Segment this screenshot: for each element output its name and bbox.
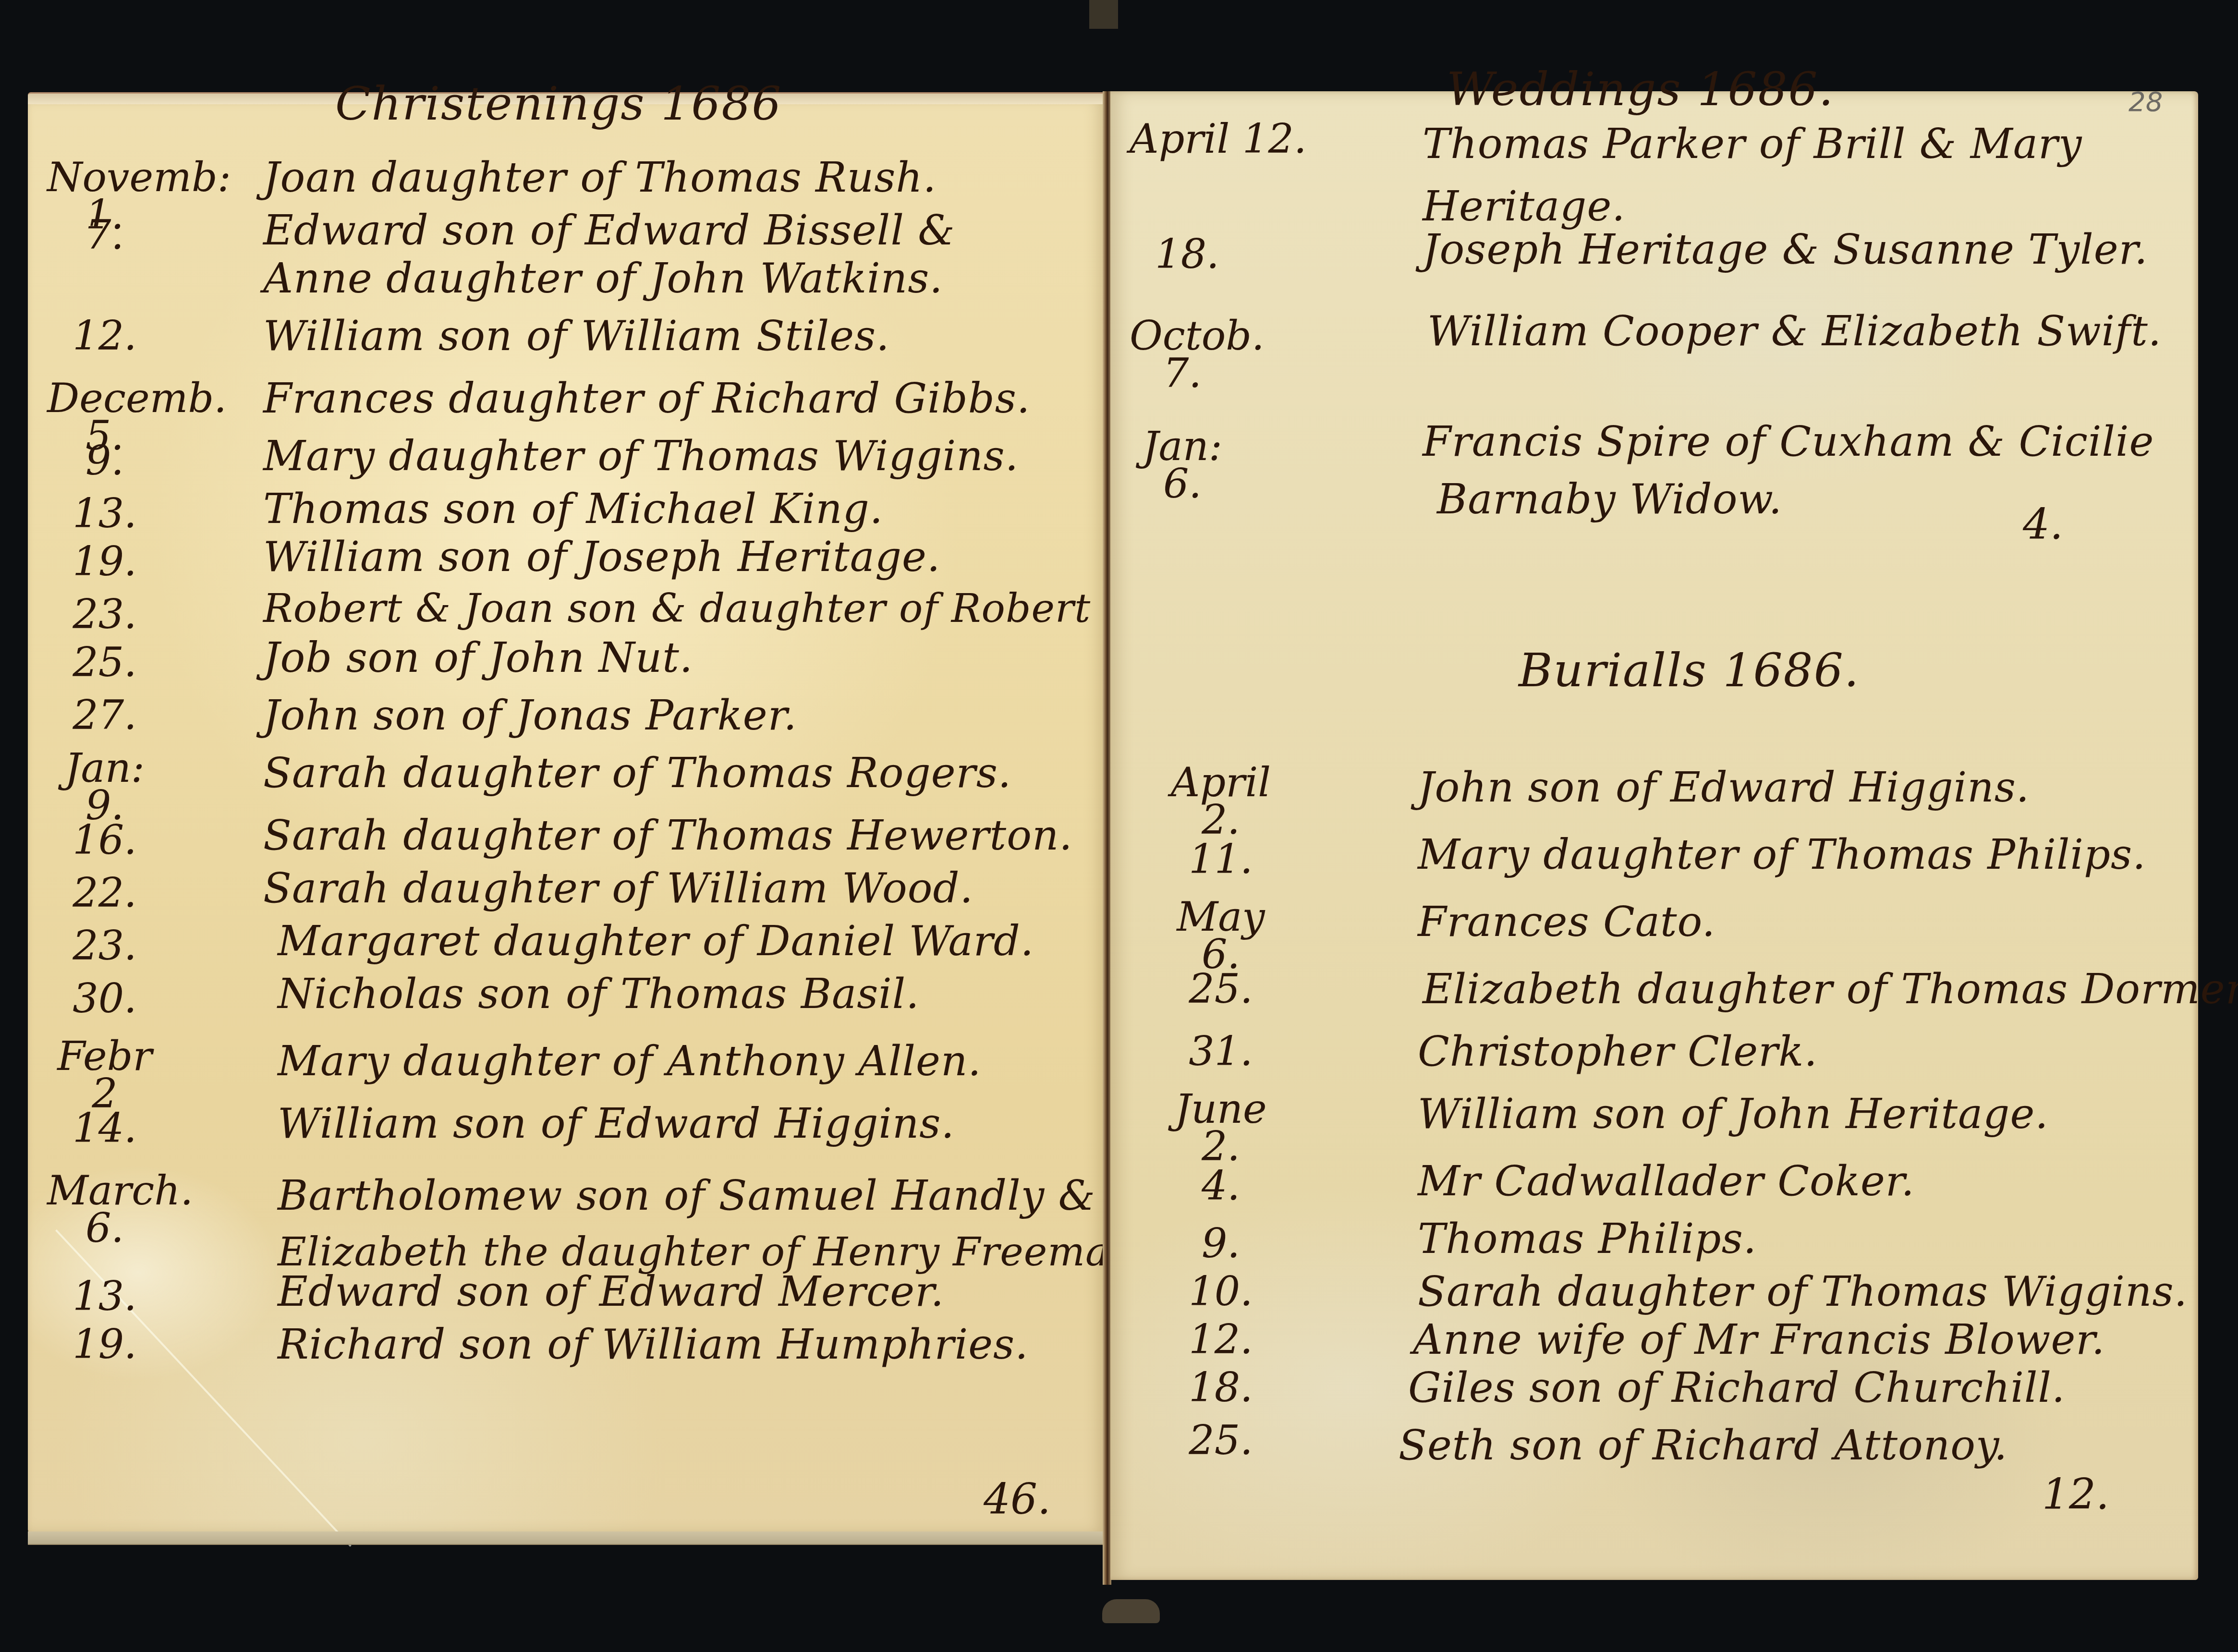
entry-day: 30.	[47, 980, 162, 1017]
entry-month: April 12.	[1130, 120, 1283, 158]
entry-day: 12.	[1168, 1321, 1274, 1358]
entry-text: Seth son of Richard Attonoy.	[1399, 1421, 2007, 1470]
burial-entry: April2. John son of Edward Higgins.	[1110, 764, 2198, 821]
christening-entry: Decemb.5. Frances daughter of Richard Gi…	[28, 379, 1107, 437]
entry-text: Mr Cadwallader Coker.	[1418, 1157, 1915, 1205]
entry-text: Anne daughter of John Watkins.	[263, 255, 943, 303]
entry-text: Bartholomew son of Samuel Handly &	[278, 1172, 1095, 1220]
entry-text: Frances Cato.	[1418, 898, 1715, 946]
entry-day: 9.	[1168, 1225, 1274, 1262]
entry-text: William son of Edward Higgins.	[278, 1100, 955, 1148]
entry-day: 4.	[1168, 1167, 1274, 1204]
entry-text: William son of William Stiles.	[263, 312, 890, 360]
entry-day: 2.	[1168, 801, 1274, 838]
left-page-christenings: Christenings 1686 Novemb:1. Joan daughte…	[28, 96, 1107, 1534]
entry-day: 25.	[1168, 1421, 1274, 1459]
entry-text: Joan daughter of Thomas Rush.	[263, 154, 937, 202]
entry-text-continuation: Barnaby Widow.	[1437, 475, 1782, 523]
burial-entry: 18. Giles son of Richard Churchill.	[1110, 1369, 2198, 1426]
christenings-heading: Christenings 1686	[335, 77, 782, 131]
wedding-entry: 18. Joseph Heritage & Susanne Tyler.	[1110, 235, 2198, 293]
entry-text: Christopher Clerk.	[1418, 1028, 1818, 1076]
entry-day: 6.	[1130, 465, 1235, 502]
entry-day: 22.	[47, 874, 162, 911]
entry-text: Richard son of William Humphries.	[278, 1321, 1029, 1369]
entry-text: Sarah daughter of Thomas Rogers.	[263, 749, 1011, 797]
christening-entry: Jan:9. Sarah daughter of Thomas Rogers.	[28, 749, 1107, 807]
entry-month: Novemb:	[47, 158, 162, 196]
entry-day: 25.	[1168, 970, 1274, 1008]
entry-day: 31.	[1168, 1032, 1274, 1070]
entry-text: John son of Jonas Parker.	[263, 692, 797, 740]
entry-text: Sarah daughter of William Wood.	[263, 864, 973, 912]
entry-day: 23.	[47, 595, 162, 633]
entry-text: Sarah daughter of Thomas Hewerton.	[263, 812, 1073, 860]
entry-text: Joseph Heritage & Susanne Tyler.	[1423, 226, 2148, 274]
entry-month: Febr	[47, 1037, 162, 1075]
entry-day: 19.	[47, 543, 162, 580]
entry-day: 19.	[47, 1325, 162, 1363]
entry-text: William son of John Heritage.	[1418, 1090, 2049, 1138]
entry-day: 16.	[47, 821, 162, 859]
burial-entry: 31. Christopher Clerk.	[1110, 1032, 2198, 1090]
entry-text: Edward son of Edward Mercer.	[278, 1268, 944, 1316]
christening-entry: March.6. Bartholomew son of Samuel Handl…	[28, 1172, 1107, 1229]
entry-text: Giles son of Richard Churchill.	[1408, 1364, 2065, 1412]
christening-entry: 30. Nicholas son of Thomas Basil.	[28, 980, 1107, 1037]
entry-day: 7.	[47, 216, 162, 254]
entry-text: Nicholas son of Thomas Basil.	[278, 970, 920, 1018]
register-spread: Christenings 1686 Novemb:1. Joan daughte…	[0, 0, 2238, 1652]
entry-day: 27.	[47, 696, 162, 734]
entry-day: 7.	[1130, 354, 1235, 392]
entry-day: 10.	[1168, 1273, 1274, 1310]
burial-entry: May6. Frances Cato.	[1110, 898, 2198, 956]
weddings-total: 4.	[2023, 499, 2063, 549]
entry-day: 18.	[1168, 1369, 1274, 1406]
entry-day: 13.	[47, 1277, 162, 1315]
entry-text: Edward son of Edward Bissell &	[263, 206, 955, 255]
entry-month: Decemb.	[47, 379, 162, 417]
entry-day: 25.	[47, 644, 162, 681]
wedding-entry: April 12. Thomas Parker of Brill & Mary …	[1110, 120, 2198, 178]
entry-text: William Cooper & Elizabeth Swift.	[1427, 307, 2162, 355]
spine-top	[1089, 0, 1118, 29]
burials-heading: Burialls 1686.	[1519, 644, 1860, 697]
christening-entry: 12. William son of William Stiles.	[28, 317, 1107, 375]
burial-entry: 25. Elizabeth daughter of Thomas Dormer.	[1110, 970, 2198, 1028]
entry-day: 14.	[47, 1109, 162, 1147]
entry-text: Thomas Parker of Brill & Mary	[1423, 120, 2082, 168]
entry-month: Octob.	[1130, 317, 1235, 354]
entry-day: 11.	[1168, 840, 1274, 878]
weddings-heading: Weddings 1686.	[1447, 62, 1834, 116]
entry-text: Elizabeth daughter of Thomas Dormer.	[1423, 965, 2238, 1013]
entry-text: Mary daughter of Thomas Wiggins.	[263, 432, 1019, 480]
entry-text: William son of Joseph Heritage.	[263, 533, 940, 581]
entry-text: Sarah daughter of Thomas Wiggins.	[1418, 1268, 2188, 1316]
burials-total: 12.	[2042, 1470, 2109, 1519]
entry-month: Jan:	[47, 749, 162, 787]
christening-entry: 19. Richard son of William Humphries.	[28, 1325, 1107, 1383]
wedding-entry: Octob.7. William Cooper & Elizabeth Swif…	[1110, 317, 2198, 375]
entry-day: 12.	[47, 317, 162, 354]
folio-number: 28	[2129, 86, 2163, 118]
entry-text: Francis Spire of Cuxham & Cicilie	[1423, 418, 2154, 466]
entry-text: Mary daughter of Thomas Philips.	[1418, 831, 2146, 879]
burial-entry: 25. Seth son of Richard Attonoy.	[1110, 1421, 2198, 1479]
burial-entry: 11. Mary daughter of Thomas Philips.	[1110, 840, 2198, 898]
entry-text: Mary daughter of Anthony Allen.	[278, 1037, 982, 1085]
entry-day: 13.	[47, 495, 162, 532]
entry-month: April	[1168, 764, 1274, 801]
spine-bottom	[1102, 1599, 1160, 1623]
entry-text: Margaret daughter of Daniel Ward.	[278, 917, 1034, 965]
burial-entry: June2. William son of John Heritage.	[1110, 1090, 2198, 1148]
entry-text: Job son of John Nut.	[263, 634, 693, 682]
christening-entry: Febr2 Mary daughter of Anthony Allen.	[28, 1037, 1107, 1095]
right-page-weddings-burials: 28 Weddings 1686. April 12. Thomas Parke…	[1110, 91, 2198, 1580]
christening-entry: 14. William son of Edward Higgins.	[28, 1109, 1107, 1167]
wedding-entry: Jan:6. Francis Spire of Cuxham & Cicilie…	[1110, 427, 2198, 485]
entry-text: Thomas son of Michael King.	[263, 485, 883, 533]
christenings-total: 46.	[984, 1474, 1051, 1524]
entry-text-continuation: Heritage.	[1423, 182, 1626, 231]
entry-month: Jan:	[1130, 427, 1235, 465]
entry-month: June	[1168, 1090, 1274, 1128]
entry-text: Thomas Philips.	[1418, 1215, 1757, 1263]
entry-month: May	[1168, 898, 1274, 935]
entry-month: March.	[47, 1172, 162, 1209]
entry-text: John son of Edward Higgins.	[1418, 764, 2030, 812]
entry-day: 2.	[1168, 1128, 1274, 1165]
entry-day: 23.	[47, 927, 162, 964]
entry-day: 18.	[1139, 235, 1235, 273]
entry-text: Anne wife of Mr Francis Blower.	[1413, 1316, 2105, 1364]
christening-entry: 27. John son of Jonas Parker.	[28, 696, 1107, 754]
entry-text: Frances daughter of Richard Gibbs.	[263, 375, 1030, 423]
entry-day: 9.	[47, 442, 162, 479]
